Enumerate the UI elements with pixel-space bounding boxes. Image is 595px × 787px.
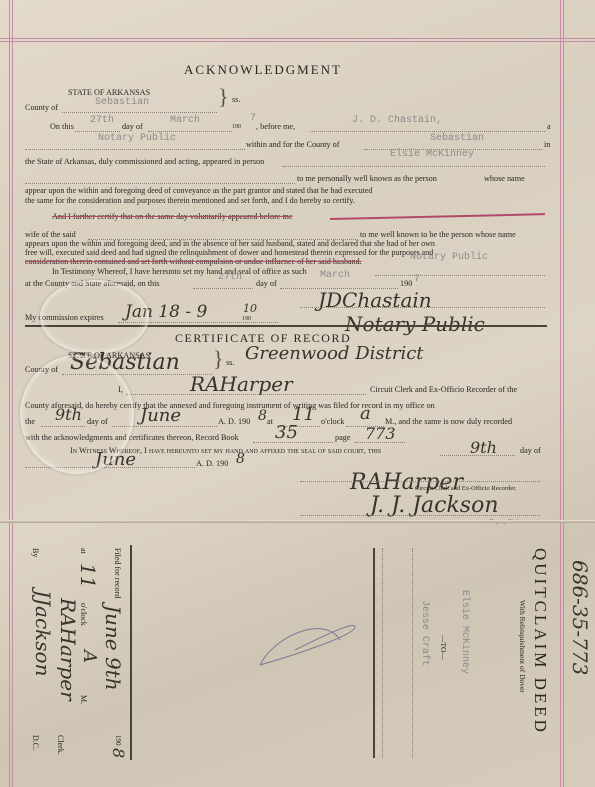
person-line bbox=[283, 166, 545, 167]
back-deputy-signature: JJackson bbox=[31, 590, 55, 676]
certificate-ss: ss. bbox=[226, 358, 234, 368]
commission-year-prefix: 190 bbox=[242, 314, 251, 324]
at-label: at bbox=[267, 417, 273, 427]
witness-day-of: day of bbox=[520, 446, 541, 456]
acknowledgment-title: ACKNOWLEDGMENT bbox=[184, 62, 342, 78]
back-clerk-label: Clerk. bbox=[56, 735, 65, 755]
within-county-label: within and for the County of bbox=[246, 140, 339, 150]
testimony-year: 7 bbox=[414, 274, 420, 285]
district-name: Greenwood District bbox=[245, 343, 424, 364]
month-value: March bbox=[170, 115, 200, 126]
back-m-label: M. bbox=[79, 695, 88, 704]
pen-scribble bbox=[255, 615, 365, 670]
blank-line bbox=[25, 183, 295, 184]
right-margin-rule bbox=[560, 0, 561, 787]
grantee-line bbox=[412, 548, 413, 758]
county-value: Sebastian bbox=[95, 97, 149, 108]
witness-ad-label: A. D. 190 bbox=[196, 459, 228, 469]
filed-ampm: a bbox=[360, 403, 371, 424]
county-line bbox=[62, 112, 217, 113]
ad-label: A. D. 190 bbox=[218, 417, 250, 427]
witness-day: 9th bbox=[470, 438, 497, 457]
clerk-title-text: Circuit Clerk and Ex-Officio Recorder of… bbox=[370, 385, 517, 395]
record-page: 773 bbox=[365, 424, 396, 443]
deed-subtitle: With Relinquishment of Dover bbox=[518, 600, 527, 693]
page-label: page bbox=[335, 433, 350, 443]
filed-year: 8 bbox=[258, 408, 267, 424]
notary-public-seal bbox=[40, 280, 149, 354]
commission-year-suffix: 10 bbox=[243, 302, 257, 315]
back-filed-year: 8 bbox=[109, 748, 128, 758]
back-rule-left bbox=[130, 545, 132, 760]
testimony-title-line bbox=[375, 275, 545, 276]
officer-line bbox=[310, 131, 545, 132]
personally-known-text: to me personally well known as the perso… bbox=[297, 174, 437, 184]
year-prefix: 190 bbox=[232, 122, 241, 132]
oclock-label: o'clock bbox=[321, 417, 344, 427]
deputy-signature-line bbox=[300, 515, 540, 516]
day-line bbox=[75, 131, 120, 132]
day-of-label: day of bbox=[122, 122, 143, 132]
back-rule-right bbox=[373, 548, 375, 758]
grantee-name: Jesse Craft bbox=[419, 600, 430, 666]
day-value: 27th bbox=[90, 115, 114, 126]
testimony-month: March bbox=[320, 270, 350, 281]
whose-name-text: whose name bbox=[484, 174, 525, 184]
right-margin-rule-2 bbox=[563, 0, 564, 787]
strike-line bbox=[330, 213, 545, 219]
signature-line bbox=[300, 307, 545, 308]
in-label: in bbox=[544, 140, 550, 150]
ss-label: ss. bbox=[232, 95, 240, 105]
clerk-signature-line bbox=[300, 481, 540, 482]
before-me-label: , before me, bbox=[256, 122, 295, 132]
testimony-text: In Testimony Whereof, I have hereunto se… bbox=[52, 267, 307, 277]
officer-title: Notary Public bbox=[98, 133, 176, 144]
back-ampm: A bbox=[79, 650, 100, 663]
paper-fold bbox=[0, 520, 595, 523]
back-hour: 11 bbox=[76, 563, 100, 588]
filed-for-record-label: Filed for record bbox=[113, 548, 122, 598]
on-this-label: On this bbox=[50, 122, 74, 132]
officer-county: Sebastian bbox=[430, 133, 484, 144]
filed-month: June bbox=[140, 405, 181, 426]
month-line bbox=[148, 131, 232, 132]
witness-year: 8 bbox=[236, 451, 245, 467]
back-dc-label: D.C. bbox=[31, 735, 40, 750]
to-label: —TO— bbox=[439, 635, 448, 660]
left-margin-rule-2 bbox=[12, 0, 13, 787]
testimony-day: 27th bbox=[218, 272, 242, 283]
officer-name: J. D. Chastain, bbox=[352, 115, 442, 126]
back-clerk-signature: RAHarper bbox=[56, 598, 80, 701]
back-at-label: at bbox=[79, 548, 88, 554]
left-margin-rule bbox=[9, 0, 10, 787]
back-by-label: By bbox=[31, 548, 40, 557]
clerk-name: RAHarper bbox=[190, 372, 293, 396]
same-line-text: the same for the consideration and purpo… bbox=[25, 196, 355, 206]
further-certify-text: And I further certify that on the same d… bbox=[52, 212, 293, 222]
notary-signature: JDChastain bbox=[318, 288, 432, 312]
back-filed-date: June 9th bbox=[101, 605, 125, 691]
testimony-day-of: day of bbox=[256, 279, 277, 289]
top-margin-rule bbox=[0, 38, 595, 39]
circuit-court-seal bbox=[20, 355, 134, 474]
testimony-title: Notary Public bbox=[410, 252, 488, 263]
deed-document: ACKNOWLEDGMENT STATE OF ARKANSAS County … bbox=[0, 0, 595, 787]
person-name: Elsie McKinney bbox=[390, 149, 474, 160]
deed-title: QUITCLAIM DEED bbox=[530, 548, 550, 735]
appear-text: appear upon the within and foregoing dee… bbox=[25, 186, 372, 196]
record-book: 35 bbox=[275, 422, 298, 443]
consideration-text: consideration therein contained and set … bbox=[25, 257, 362, 267]
a-label: a bbox=[547, 122, 551, 132]
back-oclock-label: o'clock bbox=[79, 603, 88, 626]
duly-commissioned-text: the State of Arkansas, duly commissioned… bbox=[25, 157, 264, 167]
certificate-bracket: } bbox=[213, 348, 224, 370]
top-margin-rule-2 bbox=[0, 41, 595, 42]
record-number: 686-35-773 bbox=[568, 560, 592, 675]
recorded-text: M., and the same is now duly recorded bbox=[385, 417, 512, 427]
grantor-name: Elsie McKinney bbox=[459, 590, 470, 674]
title-line bbox=[25, 149, 245, 150]
bracket: } bbox=[218, 86, 229, 108]
county-label: County of bbox=[25, 103, 58, 113]
back-year-prefix: 190 bbox=[114, 735, 122, 746]
notary-signature-title: Notary Public bbox=[345, 312, 485, 336]
testimony-day-line bbox=[193, 288, 253, 289]
grantor-line bbox=[382, 548, 383, 758]
